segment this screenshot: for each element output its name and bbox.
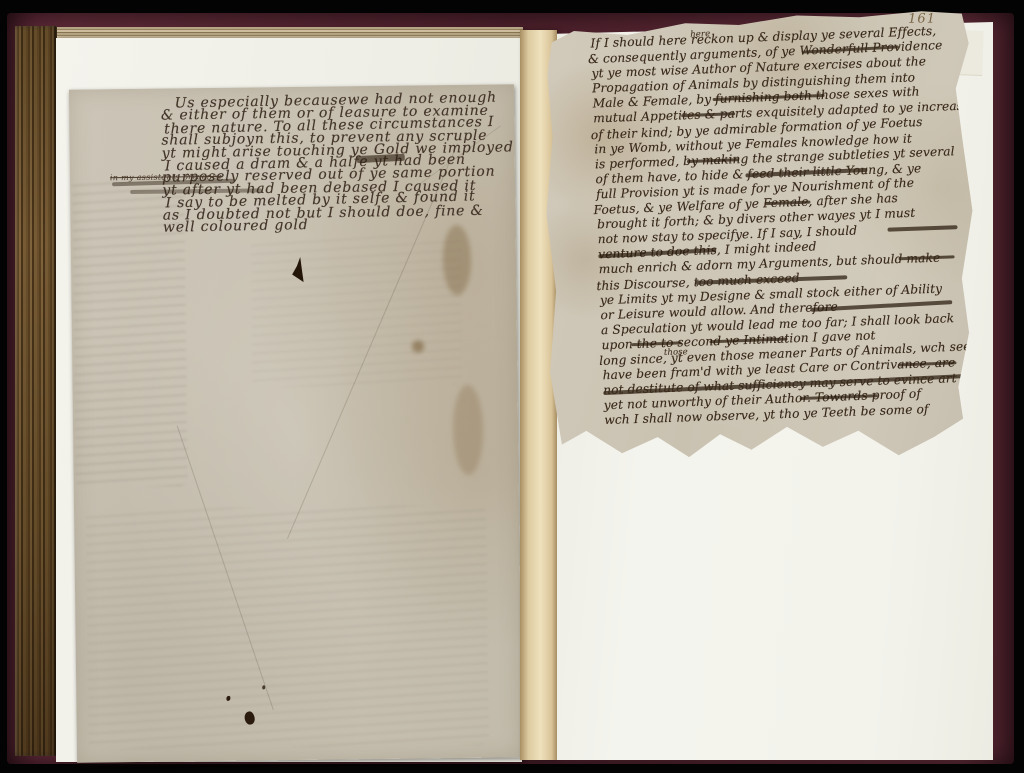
page-block-edge xyxy=(15,26,57,756)
gutter-stub xyxy=(520,30,557,760)
verso-showthrough xyxy=(86,505,489,750)
left-manuscript-leaf: Us especially becausewe had not enough& … xyxy=(69,84,522,762)
stain xyxy=(412,340,424,352)
left-page-text: Us especially becausewe had not enough& … xyxy=(161,91,523,234)
torn-fragment: 161 here those If I should here reckon u… xyxy=(538,7,988,463)
stain xyxy=(443,225,472,295)
verso-showthrough xyxy=(251,235,463,388)
fragment-text: here those If I should here reckon up & … xyxy=(590,23,986,429)
stain xyxy=(453,385,484,475)
manuscript-line: as I doubted not but I should doe, fine … xyxy=(163,204,523,222)
manuscript-photograph: Us especially becausewe had not enough& … xyxy=(0,0,1024,773)
fragment-interline: here xyxy=(690,27,711,43)
